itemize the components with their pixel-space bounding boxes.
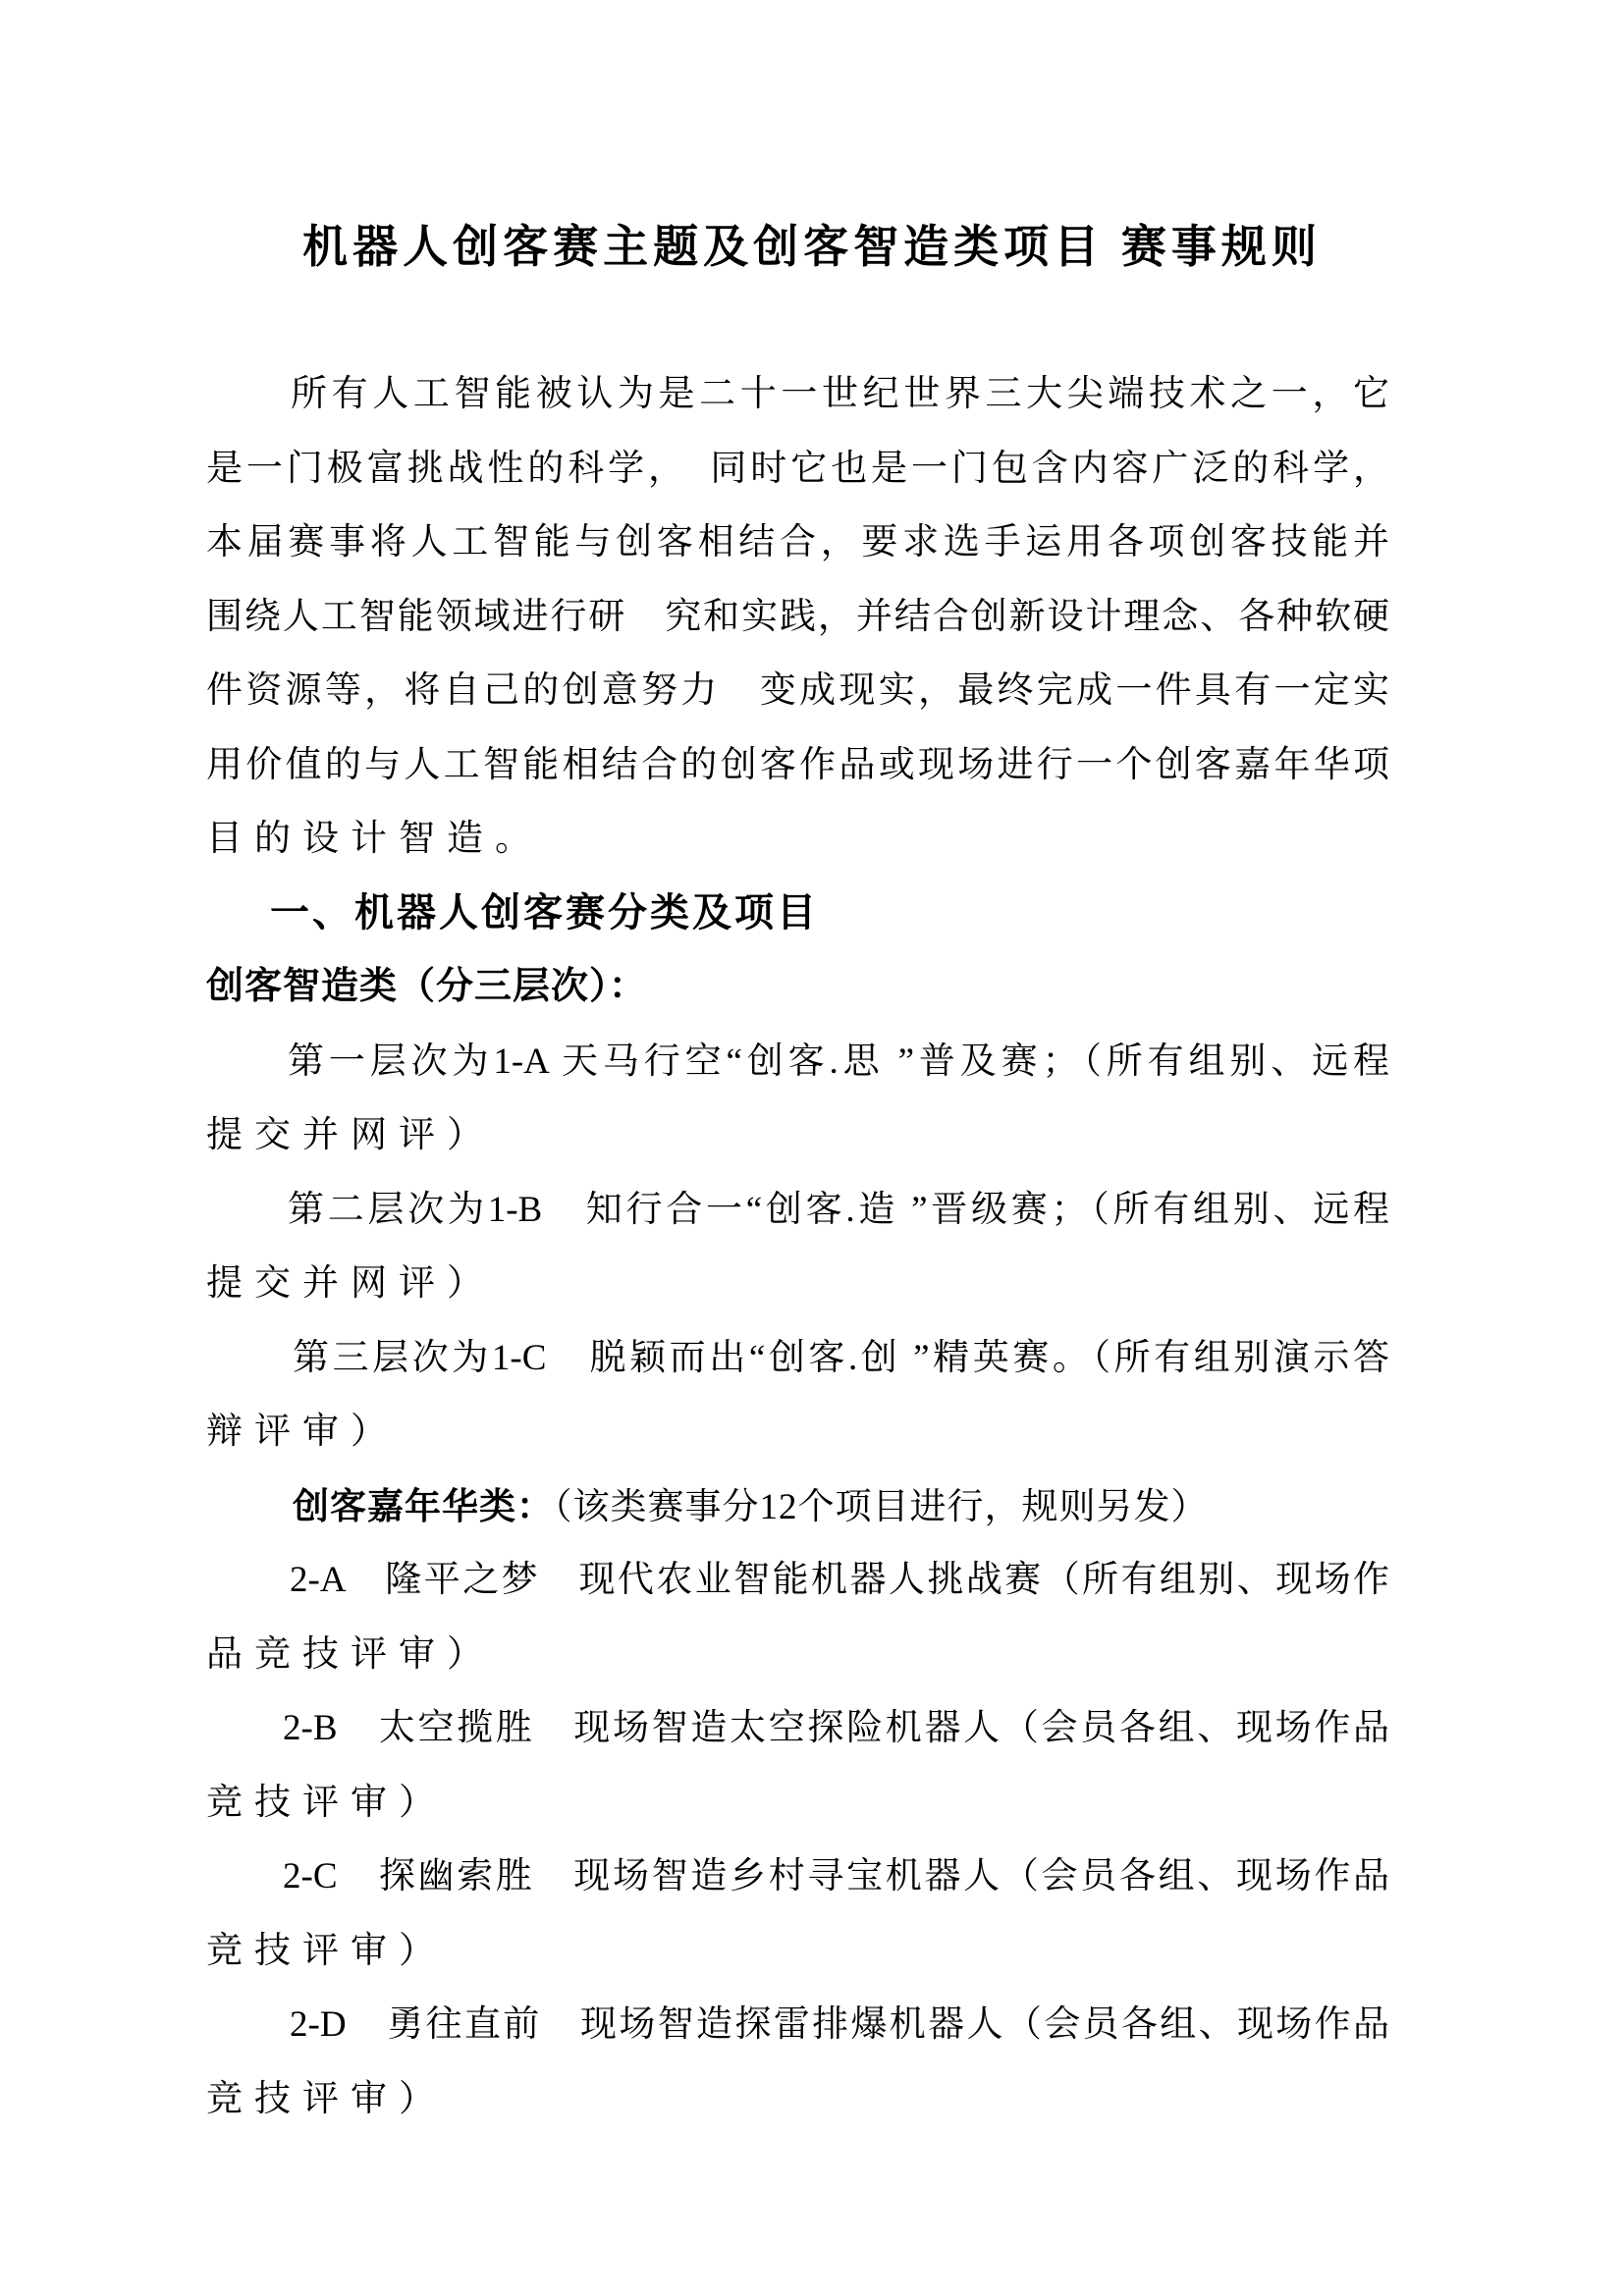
carnival-item-2c: 2-C 探幽索胜 现场智造乡村寻宝机器人（会员各组、现场作品 bbox=[206, 1840, 1389, 1914]
intro-line: 用价值的与人工智能相结合的创客作品或现场进行一个创客嘉年华项 bbox=[206, 728, 1389, 803]
maker-level2-line: 第二层次为1-B 知行合一“创客.造 ”晋级赛；（所有组别、远程 bbox=[206, 1173, 1389, 1248]
intro-line: 所有人工智能被认为是二十一世纪世界三大尖端技术之一，它 bbox=[206, 357, 1389, 432]
maker-level2-line: 提交并网评） bbox=[206, 1247, 1389, 1321]
carnival-item-2a: 2-A 隆平之梦 现代农业智能机器人挑战赛（所有组别、现场作 bbox=[206, 1543, 1389, 1618]
carnival-item-2d: 竞技评审） bbox=[206, 2062, 1389, 2137]
carnival-class-heading: 创客嘉年华类：（该类赛事分12个项目进行，规则另发） bbox=[206, 1469, 1389, 1544]
document-title: 机器人创客赛主题及创客智造类项目 赛事规则 bbox=[0, 218, 1624, 275]
carnival-class-note: （该类赛事分12个项目进行，规则另发） bbox=[554, 1487, 1209, 1527]
carnival-item-2b: 竞技评审） bbox=[206, 1766, 1389, 1841]
intro-line: 围绕人工智能领域进行研 究和实践，并结合创新设计理念、各种软硬 bbox=[206, 580, 1389, 655]
section-heading: 一、机器人创客赛分类及项目 bbox=[206, 877, 1389, 951]
intro-line: 是一门极富挑战性的科学， 同时它也是一门包含内容广泛的科学， bbox=[206, 432, 1389, 507]
carnival-item-2d: 2-D 勇往直前 现场智造探雷排爆机器人（会员各组、现场作品 bbox=[206, 1988, 1389, 2062]
maker-level3-line: 辩评审） bbox=[206, 1395, 1389, 1469]
document-body: 所有人工智能被认为是二十一世纪世界三大尖端技术之一，它 是一门极富挑战性的科学，… bbox=[206, 357, 1389, 2136]
carnival-class-bold-label: 创客嘉年华类： bbox=[293, 1486, 554, 1526]
intro-line: 本届赛事将人工智能与创客相结合，要求选手运用各项创客技能并 bbox=[206, 506, 1389, 580]
carnival-item-2a: 品竞技评审） bbox=[206, 1618, 1389, 1692]
document-page: 机器人创客赛主题及创客智造类项目 赛事规则 所有人工智能被认为是二十一世纪世界三… bbox=[0, 0, 1624, 2296]
maker-level1-line: 第一层次为1-A 天马行空“创客.思 ”普及赛；（所有组别、远程 bbox=[206, 1025, 1389, 1099]
maker-class-heading: 创客智造类（分三层次）： bbox=[206, 950, 1389, 1025]
carnival-item-2b: 2-B 太空揽胜 现场智造太空探险机器人（会员各组、现场作品 bbox=[206, 1691, 1389, 1766]
maker-level1-line: 提交并网评） bbox=[206, 1098, 1389, 1173]
intro-line: 件资源等，将自己的创意努力 变成现实，最终完成一件具有一定实 bbox=[206, 654, 1389, 728]
intro-line: 目的设计智造。 bbox=[206, 802, 1389, 877]
carnival-item-2c: 竞技评审） bbox=[206, 1914, 1389, 1989]
maker-level3-line: 第三层次为1-C 脱颖而出“创客.创 ”精英赛。（所有组别演示答 bbox=[206, 1321, 1389, 1396]
